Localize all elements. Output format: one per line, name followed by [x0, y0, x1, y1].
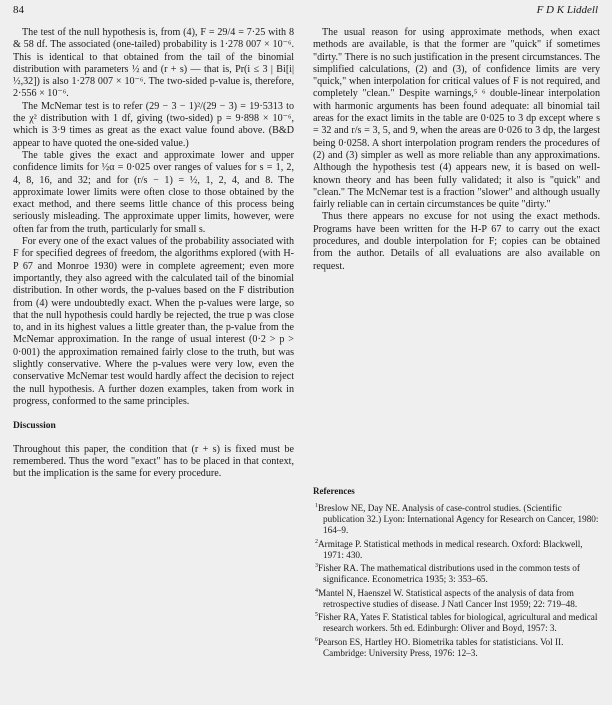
reference-item: 1Breslow NE, Day NE. Analysis of case-co…: [313, 501, 600, 537]
paragraph-confidence-limits: The table gives the exact and approximat…: [13, 150, 294, 236]
reference-item: 6Pearson ES, Hartley HO. Biometrika tabl…: [313, 635, 600, 659]
reference-text: Breslow NE, Day NE. Analysis of case-con…: [318, 503, 598, 535]
reference-item: 2Armitage P. Statistical methods in medi…: [313, 537, 600, 561]
references-list: 1Breslow NE, Day NE. Analysis of case-co…: [313, 501, 600, 659]
reference-item: 5Fisher RA, Yates F. Statistical tables …: [313, 610, 600, 634]
paragraph-conclusion: Thus there appears no excuse for not usi…: [313, 211, 600, 272]
left-column: The test of the null hypothesis is, from…: [13, 27, 294, 480]
references-heading: References: [313, 486, 355, 496]
reference-text: Fisher RA, Yates F. Statistical tables f…: [318, 612, 597, 633]
reference-text: Pearson ES, Hartley HO. Biometrika table…: [318, 637, 563, 658]
reference-text: Mantel N, Haenszel W. Statistical aspect…: [318, 588, 577, 609]
section-heading-discussion: Discussion: [13, 420, 294, 432]
paper-page: 84 F D K Liddell The test of the null hy…: [0, 0, 612, 705]
running-head-author: F D K Liddell: [537, 4, 598, 16]
reference-item: 3Fisher RA. The mathematical distributio…: [313, 561, 600, 585]
reference-text: Armitage P. Statistical methods in medic…: [318, 539, 583, 560]
paragraph-null-hypothesis: The test of the null hypothesis is, from…: [13, 27, 294, 101]
page-number: 84: [13, 4, 24, 16]
paragraph-discussion: Throughout this paper, the condition tha…: [13, 444, 294, 481]
paragraph-usual-reason: The usual reason for using approximate m…: [313, 27, 600, 211]
reference-text: Fisher RA. The mathematical distribution…: [318, 563, 580, 584]
paragraph-exact-values: For every one of the exact values of the…: [13, 236, 294, 408]
reference-item: 4Mantel N, Haenszel W. Statistical aspec…: [313, 586, 600, 610]
paragraph-mcnemar: The McNemar test is to refer (29 − 3 − 1…: [13, 101, 294, 150]
right-column: The usual reason for using approximate m…: [313, 27, 600, 273]
